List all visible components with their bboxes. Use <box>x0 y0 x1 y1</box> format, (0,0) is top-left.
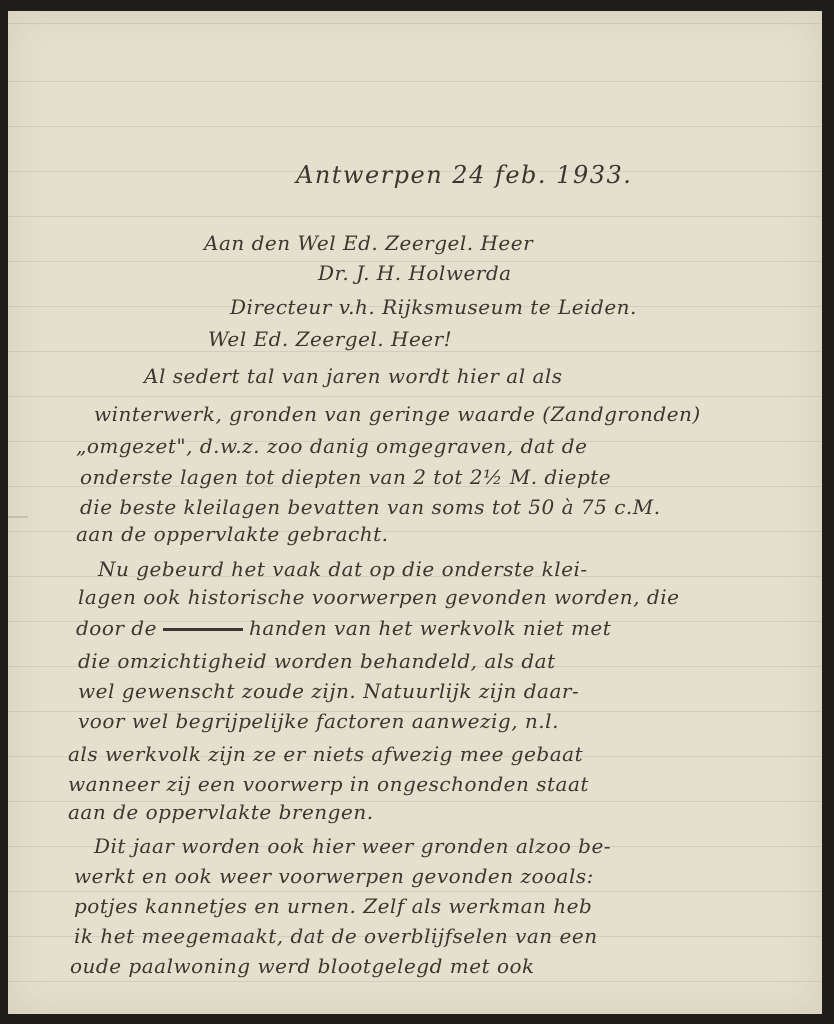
body-line-20: oude paalwoning werd blootgelegd met ook <box>70 956 535 976</box>
body-line-9-text-end: handen van het werkvolk niet met <box>249 616 611 640</box>
body-line-9: door dehanden van het werkvolk niet met <box>76 618 611 638</box>
address-line-1: Aan den Wel Ed. Zeergel. Heer <box>204 233 533 253</box>
body-line-9-text-start: door de <box>76 616 157 640</box>
scanned-letter: Antwerpen 24 feb. 1933. Aan den Wel Ed. … <box>0 0 834 1024</box>
body-line-4: onderste lagen tot diepten van 2 tot 2½ … <box>80 467 611 487</box>
body-line-1: Al sedert tal van jaren wordt hier al al… <box>144 366 563 386</box>
salutation: Wel Ed. Zeergel. Heer! <box>208 329 452 349</box>
body-line-19: ik het meegemaakt, dat de overblijfselen… <box>74 926 598 946</box>
date-line: Antwerpen 24 feb. 1933. <box>296 163 632 187</box>
paper-fold-mark <box>8 516 28 518</box>
body-line-5: die beste kleilagen bevatten van soms to… <box>80 497 661 517</box>
body-line-14: wanneer zij een voorwerp in ongeschonden… <box>68 774 589 794</box>
body-line-15: aan de oppervlakte brengen. <box>68 802 374 822</box>
body-line-7: Nu gebeurd het vaak dat op die onderste … <box>98 559 588 579</box>
address-line-3: Directeur v.h. Rijksmuseum te Leiden. <box>230 297 637 317</box>
body-line-11: wel gewenscht zoude zijn. Natuurlijk zij… <box>78 681 579 701</box>
body-line-18: potjes kannetjes en urnen. Zelf als werk… <box>74 896 592 916</box>
struck-out-word <box>163 628 243 631</box>
body-line-8: lagen ook historische voorwerpen gevonde… <box>78 587 679 607</box>
body-line-3: „omgezet", d.w.z. zoo danig omgegraven, … <box>76 436 587 456</box>
body-line-10: die omzichtigheid worden behandeld, als … <box>78 651 556 671</box>
body-line-6: aan de oppervlakte gebracht. <box>76 524 389 544</box>
body-line-12: voor wel begrijpelijke factoren aanwezig… <box>78 711 559 731</box>
letter-page: Antwerpen 24 feb. 1933. Aan den Wel Ed. … <box>8 11 822 1014</box>
body-line-17: werkt en ook weer voorwerpen gevonden zo… <box>74 866 594 886</box>
body-line-16: Dit jaar worden ook hier weer gronden al… <box>94 836 611 856</box>
body-line-13: als werkvolk zijn ze er niets afwezig me… <box>68 744 583 764</box>
body-line-2: winterwerk, gronden van geringe waarde (… <box>94 404 701 424</box>
address-line-2: Dr. J. H. Holwerda <box>318 263 512 283</box>
